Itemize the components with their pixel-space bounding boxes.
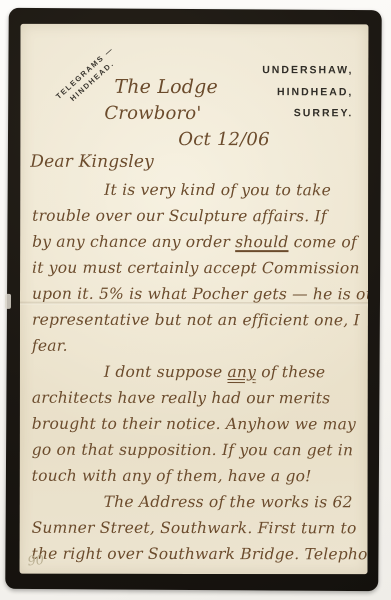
letter-text: The Address of the works is 62 (104, 493, 353, 511)
origin-place-line1: The Lodge (114, 76, 218, 98)
telegrams-line: TELEGRAMS — (45, 37, 124, 109)
letter-text: representative but not an efficient one,… (32, 311, 360, 330)
letter-line: It is very kind of you to take (32, 177, 366, 204)
letter-text: come of (288, 233, 356, 251)
letter-text: brought to their notice. Anyhow we may (32, 415, 356, 434)
letter-text: by any chance any order (32, 233, 235, 251)
letter-line: architects have really had our merits (32, 385, 366, 412)
photo-background: TELEGRAMS — HINDHEAD. UNDERSHAW, HINDHEA… (0, 0, 391, 600)
pencil-mark: 90 (27, 553, 45, 570)
letterhead-address-line: SURREY. (262, 103, 353, 125)
letter-line: by any chance any order should come of (32, 229, 366, 256)
letter-text: upon it. 5% is what Pocher gets — he is … (32, 285, 368, 304)
letter-line: the right over Southwark Bridge. Telepho… (32, 541, 366, 568)
letter-body: It is very kind of you to taketrouble ov… (32, 177, 367, 568)
underlined-word: should (235, 233, 288, 251)
letter-line: it you must certainly accept Commission (32, 255, 366, 282)
letterhead-address-line: HINDHEAD, (262, 82, 353, 104)
letter-text: fear. (32, 337, 68, 355)
black-mat: TELEGRAMS — HINDHEAD. UNDERSHAW, HINDHEA… (5, 8, 382, 591)
letter-line: I dont suppose any of these (32, 359, 366, 386)
letter-line: trouble over our Sculpture affairs. If (32, 203, 366, 230)
letter-line: The Address of the works is 62 (32, 489, 366, 516)
letter-line: Sumner Street, Southwark. First turn to (32, 515, 366, 542)
letter-line: touch with any of them, have a go! (32, 463, 366, 490)
letter-line: go on that supposition. If you can get i… (32, 437, 366, 464)
letter-text: I dont suppose (104, 363, 228, 381)
letter-line: upon it. 5% is what Pocher gets — he is … (32, 281, 366, 308)
mat-edge-chip (5, 294, 11, 309)
letter-text: of these (256, 363, 325, 381)
letter-text: Sumner Street, Southwark. First turn to (32, 519, 357, 538)
letter-text: It is very kind of you to take (104, 181, 331, 199)
salutation: Dear Kingsley (30, 152, 154, 172)
letter-paper: TELEGRAMS — HINDHEAD. UNDERSHAW, HINDHEA… (20, 24, 369, 575)
letter-line: representative but not an efficient one,… (32, 307, 366, 334)
letter-text: architects have really had our merits (32, 389, 331, 408)
underlined-word: any (227, 363, 256, 381)
letter-text: trouble over our Sculpture affairs. If (32, 207, 327, 226)
letter-line: brought to their notice. Anyhow we may (32, 411, 366, 438)
letterhead-address: UNDERSHAW, HINDHEAD, SURREY. (262, 60, 353, 125)
letter-text: touch with any of them, have a go! (32, 467, 312, 485)
letter-line: fear. (32, 333, 366, 360)
letter-text: go on that supposition. If you can get i… (32, 441, 353, 460)
letter-text: it you must certainly accept Commission (32, 259, 360, 278)
letterhead-address-line: UNDERSHAW, (262, 60, 353, 82)
letter-date: Oct 12/06 (178, 129, 270, 150)
origin-place-line2: Crowboro' (104, 103, 201, 124)
letter-text: the right over Southwark Bridge. Telepho… (32, 545, 369, 564)
